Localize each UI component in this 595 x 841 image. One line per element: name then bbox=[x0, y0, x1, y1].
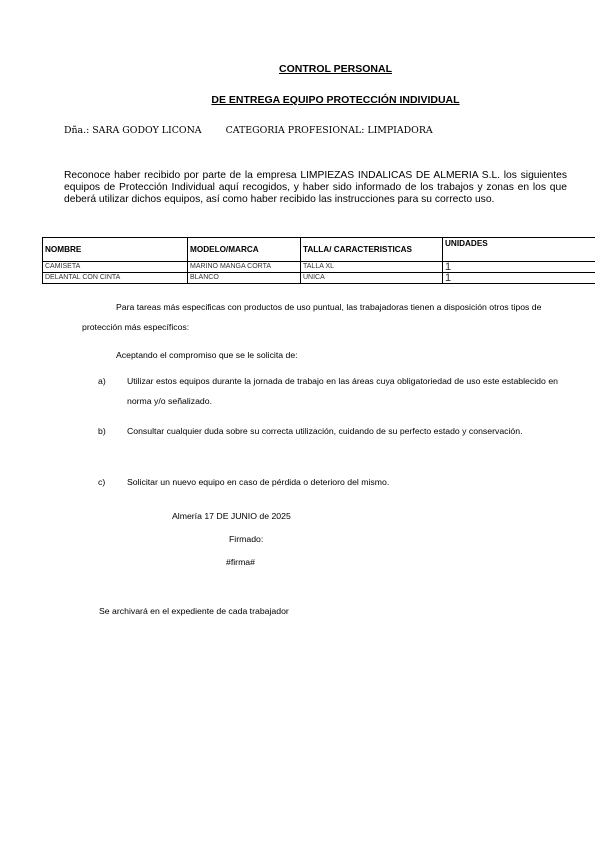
commitment-text: Utilizar estos equipos durante la jornad… bbox=[127, 372, 558, 411]
professional-category: CATEGORIA PROFESIONAL: LIMPIADORA bbox=[226, 125, 433, 136]
archive-note: Se archivará en el expediente de cada tr… bbox=[99, 606, 289, 616]
header-modelo: MODELO/MARCA bbox=[188, 238, 301, 262]
specific-protection-paragraph: Para tareas más especificas con producto… bbox=[82, 298, 552, 337]
employee-name: Dña.: SARA GODOY LICONA bbox=[64, 125, 202, 136]
table-row: DELANTAL CON CINTA BLANCO UNICA 1 bbox=[43, 273, 595, 284]
commitment-item: a) Utilizar estos equipos durante la jor… bbox=[98, 372, 558, 411]
commitment-item: b) Consultar cualquier duda sobre su cor… bbox=[98, 422, 558, 442]
list-marker: b) bbox=[98, 422, 106, 442]
commitment-text: Consultar cualquier duda sobre su correc… bbox=[127, 422, 558, 442]
header-nombre: NOMBRE bbox=[43, 238, 188, 262]
document-title: CONTROL PERSONAL bbox=[38, 63, 595, 75]
cell-modelo: BLANCO bbox=[188, 273, 301, 284]
cell-nombre: DELANTAL CON CINTA bbox=[43, 273, 188, 284]
ppe-table: NOMBRE MODELO/MARCA TALLA/ CARACTERISTIC… bbox=[42, 237, 595, 284]
header-unidades: UNIDADES bbox=[443, 238, 595, 262]
intro-paragraph: Reconoce haber recibido por parte de la … bbox=[64, 170, 567, 207]
document-subtitle: DE ENTREGA EQUIPO PROTECCIÓN INDIVIDUAL bbox=[38, 94, 595, 106]
cell-talla: TALLA XL bbox=[301, 262, 443, 273]
place-date: Almería 17 DE JUNIO de 2025 bbox=[172, 511, 291, 521]
commitment-text: Solicitar un nuevo equipo en caso de pér… bbox=[127, 473, 558, 493]
cell-modelo: MARINO MANGA CORTA bbox=[188, 262, 301, 273]
list-marker: a) bbox=[98, 372, 106, 392]
cell-nombre: CAMISETA bbox=[43, 262, 188, 273]
employee-info: Dña.: SARA GODOY LICONACATEGORIA PROFESI… bbox=[64, 125, 433, 136]
list-marker: c) bbox=[98, 473, 105, 493]
cell-unidades: 1 bbox=[443, 273, 595, 284]
signature-placeholder: #firma# bbox=[226, 557, 255, 567]
signed-label: Firmado: bbox=[229, 534, 263, 544]
accept-intro: Aceptando el compromiso que se le solici… bbox=[116, 350, 298, 360]
table-row: CAMISETA MARINO MANGA CORTA TALLA XL 1 bbox=[43, 262, 595, 273]
cell-talla: UNICA bbox=[301, 273, 443, 284]
header-talla: TALLA/ CARACTERISTICAS bbox=[301, 238, 443, 262]
cell-unidades: 1 bbox=[443, 262, 595, 273]
commitment-item: c) Solicitar un nuevo equipo en caso de … bbox=[98, 473, 558, 493]
table-header-row: NOMBRE MODELO/MARCA TALLA/ CARACTERISTIC… bbox=[43, 238, 595, 262]
